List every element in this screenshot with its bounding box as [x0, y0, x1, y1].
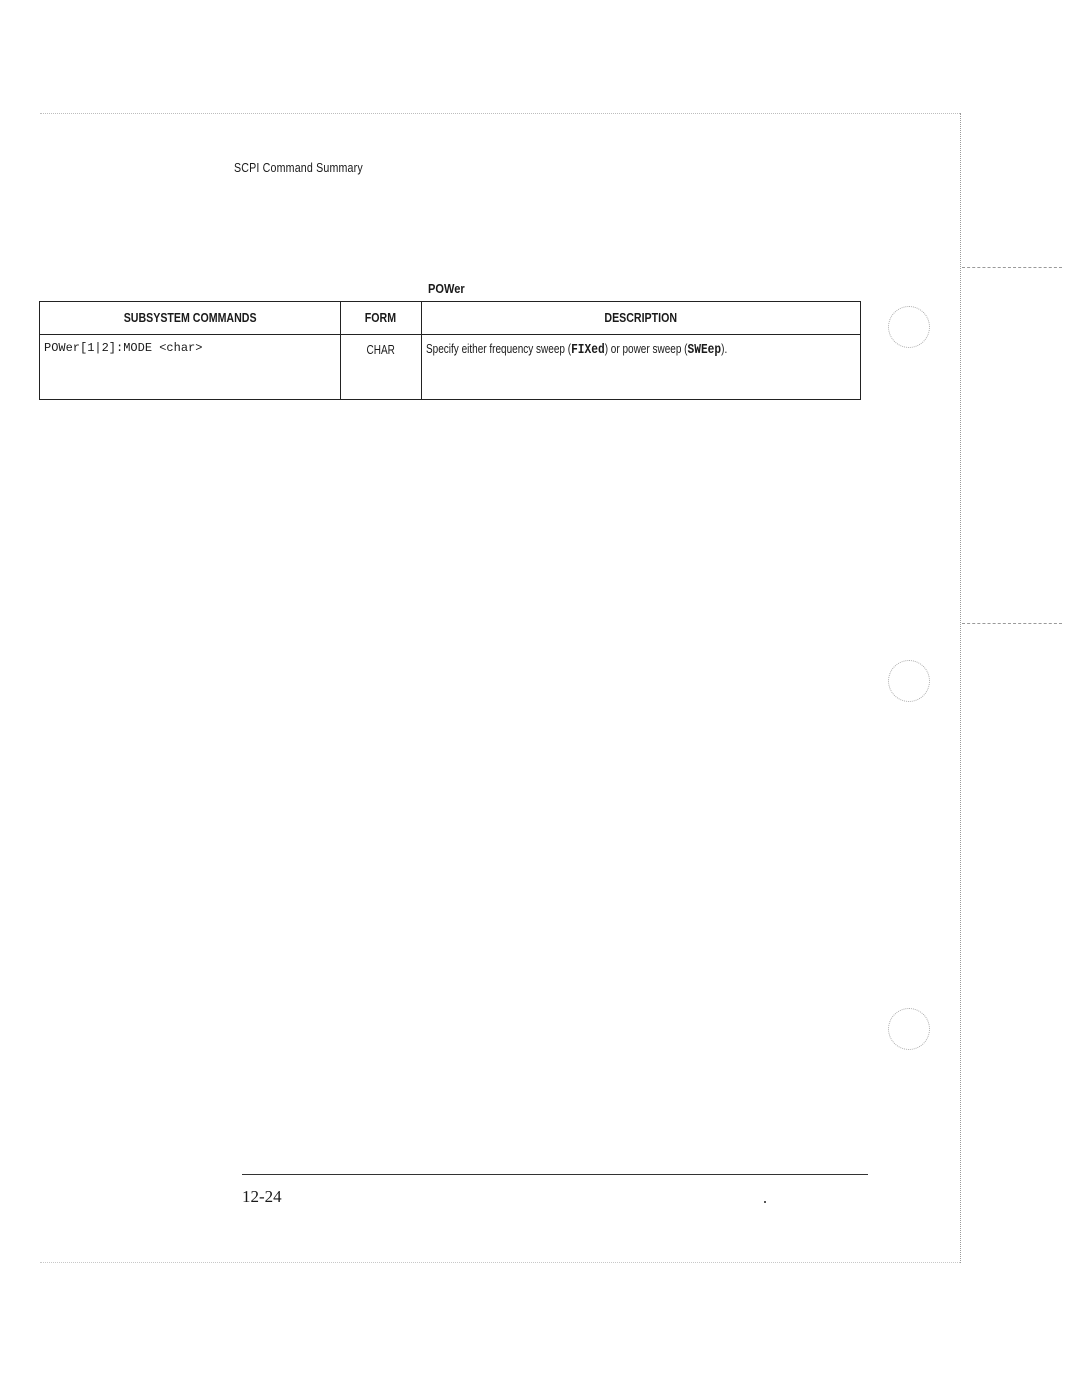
- table-row: POWer[1|2]:MODE <char> CHAR Specify eith…: [40, 335, 861, 400]
- page-edge-right: [960, 113, 961, 1263]
- code-sweep: SWEep: [688, 342, 722, 358]
- section-title: POWer: [428, 281, 465, 296]
- form-cell: CHAR: [340, 335, 421, 400]
- footer-rule: [242, 1174, 868, 1175]
- command-cell: POWer[1|2]:MODE <char>: [40, 335, 341, 400]
- header-form: FORM: [340, 302, 421, 335]
- scan-speck: [764, 1201, 766, 1203]
- punch-hole-icon: [888, 306, 930, 348]
- tab-divider-line: [962, 623, 1062, 624]
- code-fixed: FIXed: [571, 342, 605, 358]
- header-subsystem-commands: SUBSYSTEM COMMANDS: [40, 302, 341, 335]
- tab-divider-line: [962, 267, 1062, 268]
- punch-hole-icon: [888, 660, 930, 702]
- punch-hole-icon: [888, 1008, 930, 1050]
- header-description: DESCRIPTION: [422, 302, 861, 335]
- table-header-row: SUBSYSTEM COMMANDS FORM DESCRIPTION: [40, 302, 861, 335]
- page-number: 12-24: [242, 1187, 282, 1207]
- description-cell: Specify either frequency sweep (FIXed) o…: [422, 335, 861, 400]
- page-edge-top: [40, 113, 960, 114]
- running-head: SCPI Command Summary: [234, 160, 363, 175]
- page-edge-bottom: [40, 1262, 960, 1263]
- command-table: SUBSYSTEM COMMANDS FORM DESCRIPTION POWe…: [39, 301, 861, 400]
